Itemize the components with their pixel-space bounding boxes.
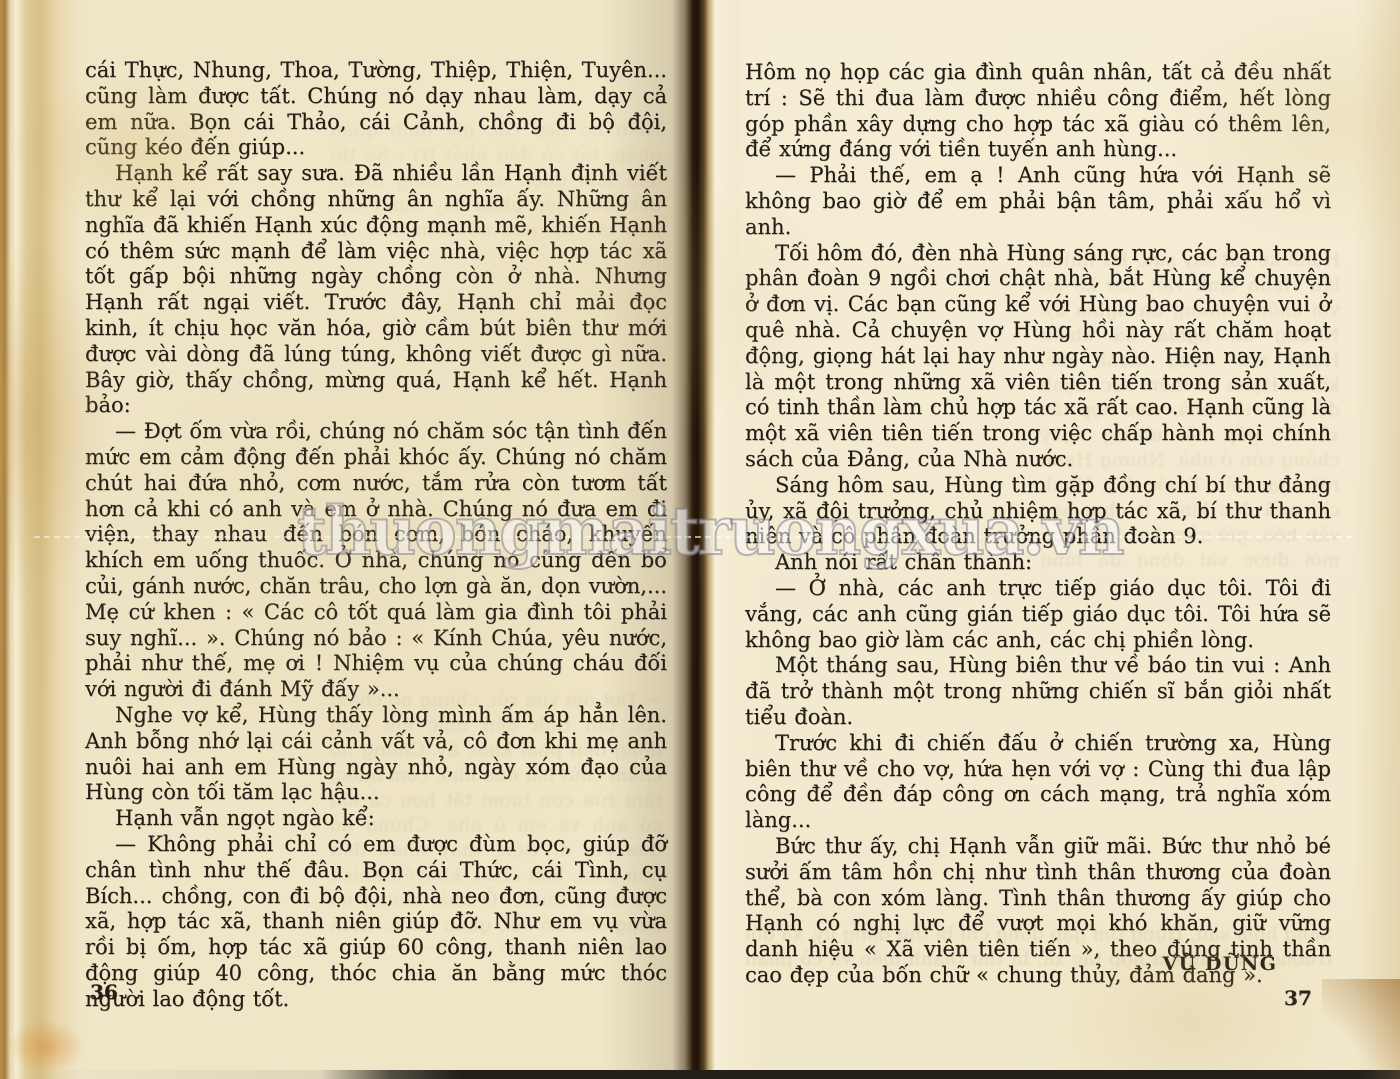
left-page-number: 36 <box>90 980 118 1004</box>
right-page-number: 37 <box>1284 986 1312 1010</box>
paragraph: Hôm nọ họp các gia đình quân nhân, tất c… <box>745 60 1331 163</box>
paragraph: Nghe vợ kể, Hùng thấy lòng mình ấm áp hẳ… <box>85 703 667 806</box>
paragraph: cái Thực, Nhung, Thoa, Tường, Thiệp, Thi… <box>85 58 667 161</box>
left-page-edge <box>0 0 82 1079</box>
right-page-edge <box>1354 0 1400 1079</box>
paragraph: — Phải thế, em ạ ! Anh cũng hứa với Hạnh… <box>745 163 1331 240</box>
paragraph: — Không phải chỉ có em được đùm bọc, giú… <box>85 832 667 1013</box>
paragraph: Một tháng sau, Hùng biên thư về báo tin … <box>745 653 1331 730</box>
corner-shade <box>1322 979 1400 1071</box>
bottom-edge-band <box>0 1070 1400 1079</box>
watermark: thuongmaitruongxua.vn <box>297 492 1123 570</box>
paragraph: Hạnh vẫn ngọt ngào kể: <box>85 806 667 832</box>
paragraph: — Ở nhà, các anh trực tiếp giáo dục tôi.… <box>745 576 1331 653</box>
paragraph: Tối hôm đó, đèn nhà Hùng sáng rực, các b… <box>745 241 1331 473</box>
author-signature: VŨ DŨNG <box>1150 953 1290 975</box>
book-scan: Hạnh kể rất say sưa. Đã nhiều lần Hạnh đ… <box>0 0 1400 1079</box>
paragraph: Trước khi đi chiến đấu ở chiến trường xa… <box>745 731 1331 834</box>
paragraph: Hạnh kể rất say sưa. Đã nhiều lần Hạnh đ… <box>85 161 667 419</box>
